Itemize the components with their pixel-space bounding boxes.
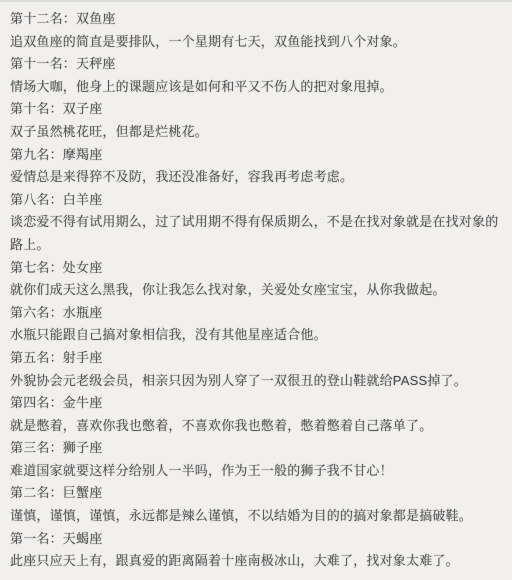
list-item: 第三名：狮子座 难道国家就要这样分给别人一半吗，作为王一般的狮子我不甘心！ (10, 437, 506, 482)
rank-description: 双子虽然桃花旺，但都是烂桃花。 (10, 121, 506, 144)
list-item: 第一名：天蝎座 此座只应天上有，跟真爱的距离隔着十座南极冰山，大难了，找对象太难… (10, 528, 506, 573)
list-item: 第七名：处女座 就你们成天这么黑我，你让我怎么找对象，关爱处女座宝宝，从你我做起… (10, 257, 506, 302)
rank-title: 第十名：双子座 (10, 98, 506, 121)
rank-title: 第三名：狮子座 (10, 437, 506, 460)
rank-description: 就你们成天这么黑我，你让我怎么找对象，关爱处女座宝宝，从你我做起。 (10, 279, 506, 302)
list-item: 第四名：金牛座 就是憋着，喜欢你我也憋着，不喜欢你我也憋着，憋着憋着自己落单了。 (10, 392, 506, 437)
rank-title: 第八名：白羊座 (10, 189, 506, 212)
rank-description: 外貌协会元老级会员，相亲只因为别人穿了一双很丑的登山鞋就给PASS掉了。 (10, 370, 506, 393)
rank-description: 水瓶只能跟自己搞对象相信我，没有其他星座适合他。 (10, 324, 506, 347)
rank-title: 第七名：处女座 (10, 257, 506, 280)
list-item: 第五名：射手座 外貌协会元老级会员，相亲只因为别人穿了一双很丑的登山鞋就给PAS… (10, 347, 506, 392)
rank-description: 爱情总是来得猝不及防，我还没准备好，容我再考虑考虑。 (10, 166, 506, 189)
list-item: 第九名：摩羯座 爱情总是来得猝不及防，我还没准备好，容我再考虑考虑。 (10, 144, 506, 189)
list-item: 第二名：巨蟹座 谨慎，谨慎，谨慎，永远都是辣么谨慎，不以结婚为目的的搞对象都是搞… (10, 482, 506, 527)
rank-description: 就是憋着，喜欢你我也憋着，不喜欢你我也憋着，憋着憋着自己落单了。 (10, 415, 506, 438)
list-item: 第八名：白羊座 谈恋爱不得有试用期么，过了试用期不得有保质期么，不是在找对象就是… (10, 189, 506, 257)
rank-description: 谈恋爱不得有试用期么，过了试用期不得有保质期么，不是在找对象就是在找对象的 路上… (10, 211, 506, 256)
rank-title: 第二名：巨蟹座 (10, 482, 506, 505)
list-item: 第十名：双子座 双子虽然桃花旺，但都是烂桃花。 (10, 98, 506, 143)
rank-title: 第十一名：天秤座 (10, 53, 506, 76)
rank-title: 第九名：摩羯座 (10, 144, 506, 167)
rank-title: 第十二名：双鱼座 (10, 8, 506, 31)
rank-description: 追双鱼座的简直是要排队，一个星期有七天，双鱼能找到八个对象。 (10, 31, 506, 54)
rank-description: 谨慎，谨慎，谨慎，永远都是辣么谨慎，不以结婚为目的的搞对象都是搞破鞋。 (10, 505, 506, 528)
rank-description: 此座只应天上有，跟真爱的距离隔着十座南极冰山，大难了，找对象太难了。 (10, 550, 506, 573)
list-item: 第十一名：天秤座 情场大咖，他身上的课题应该是如何和平又不伤人的把对象甩掉。 (10, 53, 506, 98)
list-item: 第十二名：双鱼座 追双鱼座的简直是要排队，一个星期有七天，双鱼能找到八个对象。 (10, 8, 506, 53)
rank-title: 第四名：金牛座 (10, 392, 506, 415)
rank-description: 情场大咖，他身上的课题应该是如何和平又不伤人的把对象甩掉。 (10, 76, 506, 99)
rank-title: 第六名：水瓶座 (10, 302, 506, 325)
rank-description: 难道国家就要这样分给别人一半吗，作为王一般的狮子我不甘心！ (10, 460, 506, 483)
zodiac-ranking-page: 第十二名：双鱼座 追双鱼座的简直是要排队，一个星期有七天，双鱼能找到八个对象。 … (0, 0, 512, 580)
rank-title: 第一名：天蝎座 (10, 528, 506, 551)
rank-title: 第五名：射手座 (10, 347, 506, 370)
list-item: 第六名：水瓶座 水瓶只能跟自己搞对象相信我，没有其他星座适合他。 (10, 302, 506, 347)
